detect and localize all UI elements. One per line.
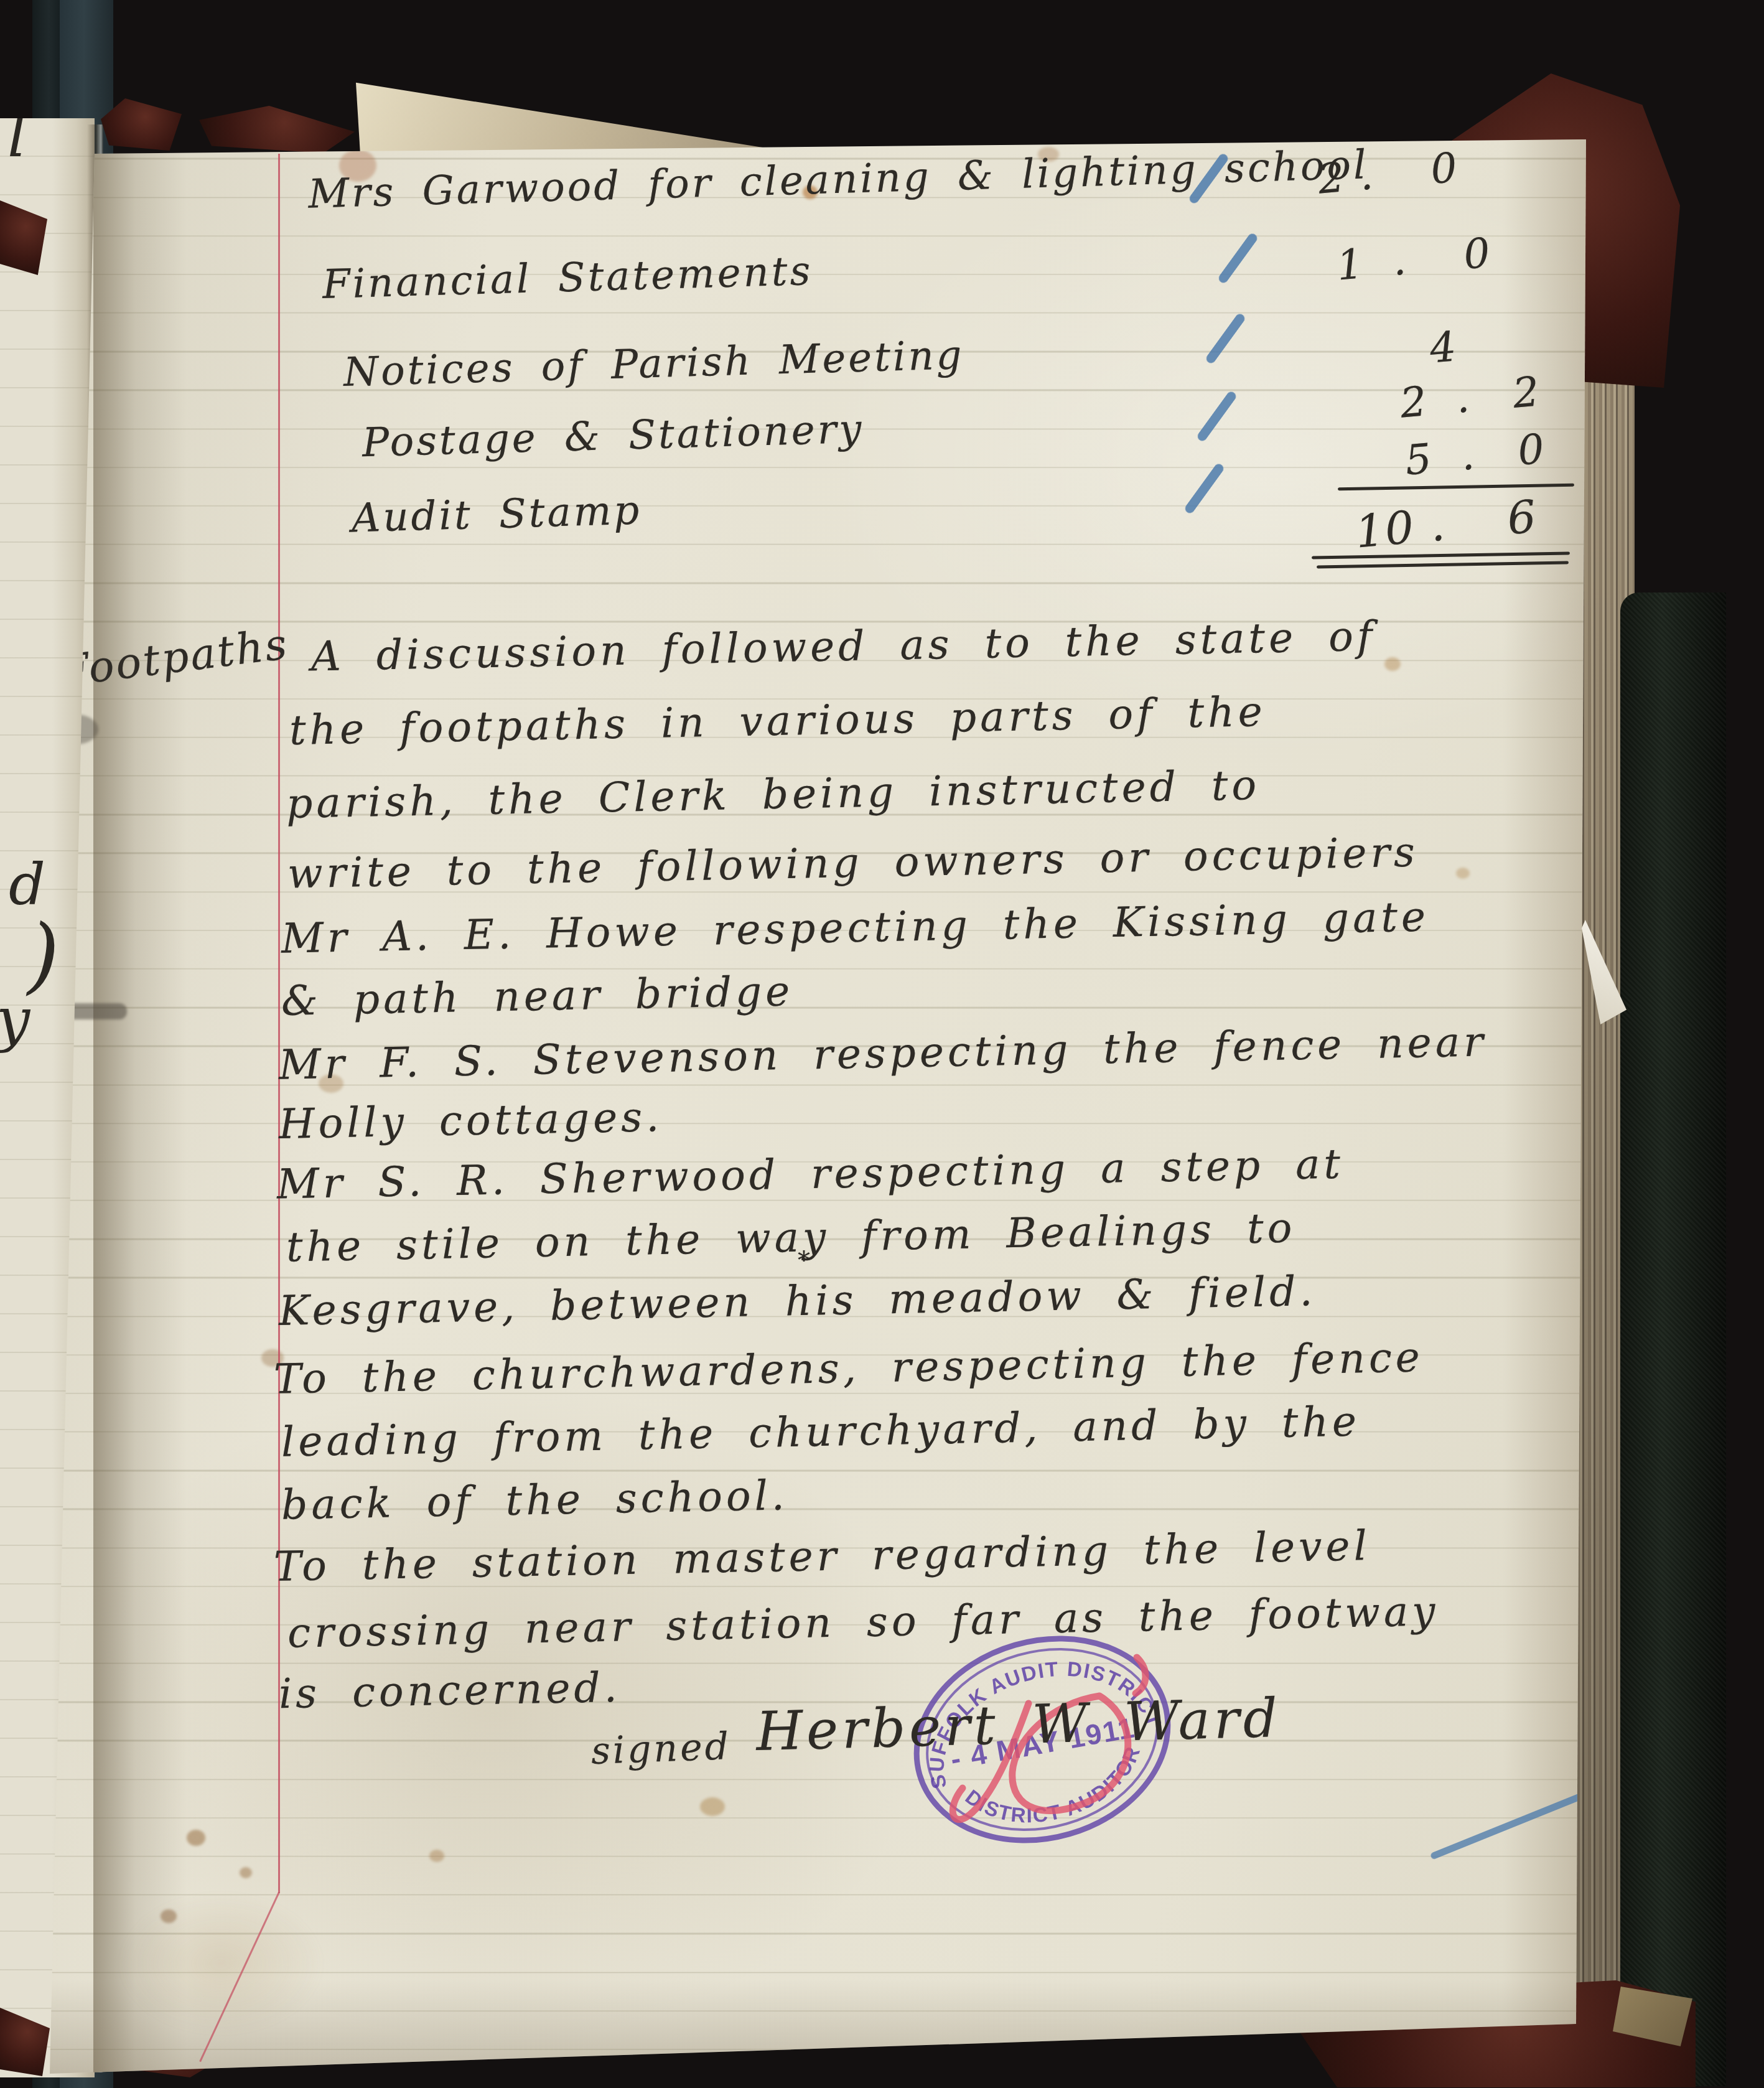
facing-page-ink-fragment: y bbox=[0, 985, 30, 1054]
foxing-spot bbox=[161, 1909, 177, 1923]
red-margin-line bbox=[278, 154, 280, 1893]
foxing-spot bbox=[240, 1867, 252, 1878]
minutes-line: & path near bridge bbox=[281, 967, 794, 1025]
foxing-spot bbox=[700, 1797, 725, 1816]
fore-edge-shadow bbox=[1503, 139, 1587, 2025]
foxing-spot bbox=[1456, 868, 1470, 879]
foxing-spot bbox=[187, 1830, 205, 1846]
signature-prefix: signed bbox=[590, 1725, 732, 1773]
leather-fringe-top-left bbox=[199, 106, 355, 153]
minutes-line: Holly cottages. bbox=[278, 1093, 663, 1148]
gutter-shadow bbox=[93, 152, 187, 2076]
flipped-page-corner bbox=[352, 80, 787, 154]
minute-book-page: SUFFOLK AUDIT DISTRICT DISTRICT AUDITOR … bbox=[0, 0, 1764, 2088]
insertion-mark: * bbox=[798, 1246, 810, 1275]
book-cloth-cover bbox=[1620, 592, 1726, 2086]
foxing-spot bbox=[429, 1850, 444, 1862]
facing-page-ink-fragment: l bbox=[7, 118, 27, 171]
minutes-line: back of the school. bbox=[281, 1471, 788, 1529]
foxing-spot bbox=[1384, 657, 1401, 671]
facing-page-ink-fragment: ) bbox=[27, 907, 60, 1003]
minutes-line: is concerned. bbox=[278, 1664, 621, 1718]
scanned-minute-book-photo: { "colors": { "ink": "#2e2b26", "margin_… bbox=[0, 0, 1764, 2088]
ledger-row-amount: 4 bbox=[1428, 322, 1460, 373]
ledger-row-label: Audit Stamp bbox=[351, 488, 642, 542]
